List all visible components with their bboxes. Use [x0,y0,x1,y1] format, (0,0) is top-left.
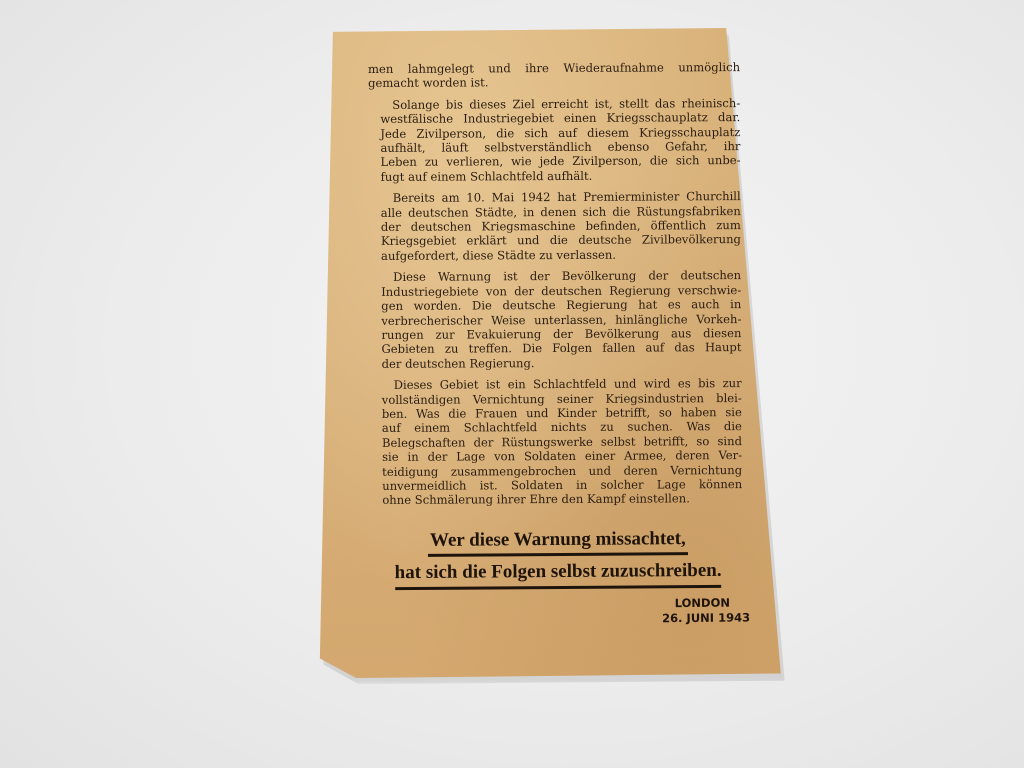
text-line: der deutschen Regierung. [370,355,742,371]
paragraph: Solange bis dieses Ziel erreicht ist, st… [368,96,740,184]
text-line: gemacht worden ist. [368,74,740,90]
text-line: auf einem Schlachtfeld nichts zu suchen.… [370,419,742,435]
text-line: Gebieten zu treffen. Die Folgen fallen a… [369,340,741,356]
paragraph: Bereits am 10. Mai 1942 hat Premierminis… [369,189,741,263]
text-line: Bereits am 10. Mai 1942 hat Premierminis… [369,189,741,205]
signature-place: LONDON [620,595,750,611]
text-line: ohne Schmälerung ihrer Ehre den Kampf ei… [370,491,742,507]
text-line: gen worden. Die deutsche Regierung hat e… [369,297,741,313]
leaflet-body: men lahmgelegt und ihre Wiederaufnahme u… [368,60,742,515]
text-line: aufgefordert, diese Städte zu verlassen. [369,247,741,263]
text-line: Kriegsgebiet erklärt und die deutsche Zi… [369,233,741,249]
paragraph: men lahmgelegt und ihre Wiederaufnahme u… [368,60,740,91]
text-line: westfälische Industriegebiet einen Krieg… [368,110,740,126]
signature-block: LONDON 26. JUNI 1943 [620,595,750,626]
headline-line-1: Wer diese Warnung missachtet, [428,526,688,557]
text-line: Leben zu verlieren, wie jede Zivilperson… [368,153,740,169]
text-line: Dieses Gebiet ist ein Schlachtfeld und w… [370,376,742,392]
text-line: men lahmgelegt und ihre Wiederaufnahme u… [368,60,740,76]
signature-date: 26. JUNI 1943 [620,610,750,626]
warning-headline: Wer diese Warnung missachtet, hat sich d… [368,526,748,591]
text-line: fugt auf einem Schlachtfeld aufhält. [369,168,741,184]
paragraph: Diese Warnung ist der Bevölkerung der de… [369,268,742,371]
headline-line-2: hat sich die Folgen selbst zuzuschreiben… [395,558,722,590]
text-line: sie in der Lage von Soldaten einer Armee… [370,448,742,464]
text-line: Diese Warnung ist der Bevölkerung der de… [369,268,741,284]
paragraph: Dieses Gebiet ist ein Schlachtfeld und w… [370,376,743,508]
